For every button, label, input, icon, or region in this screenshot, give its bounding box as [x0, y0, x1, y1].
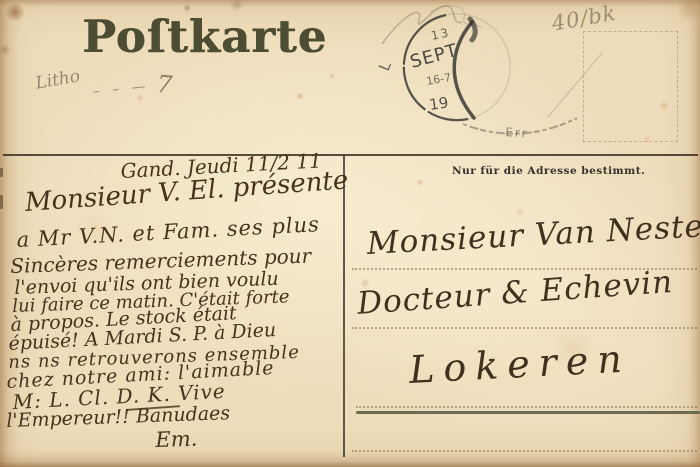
postmark-time: 16-7	[425, 71, 452, 88]
address-green-rule	[356, 411, 700, 414]
scan-edge-mark	[0, 195, 3, 209]
address-dotted-line	[356, 406, 697, 408]
pencil-number-seven: 7	[156, 70, 174, 99]
horizontal-divider-rule	[3, 154, 698, 156]
postmark-second-arc-letters: Err	[505, 125, 529, 141]
postmark-day: 13	[430, 25, 452, 43]
address-recipient: Monsieur Van Neste	[366, 208, 700, 262]
postcard-title: Poſtkarte	[82, 10, 327, 63]
vertical-divider-rule	[343, 155, 345, 457]
address-dotted-line	[352, 450, 697, 452]
pencil-litho-note: Litho	[34, 66, 82, 93]
postmark-town-letter: L	[375, 58, 395, 73]
postmark-month: SEPT	[408, 40, 460, 73]
scan-edge-mark	[0, 168, 3, 177]
stamp-placement-box	[583, 31, 678, 142]
postcard-scan: Poſtkarte Litho – – — 7 40/bk L 13 SEPT …	[0, 0, 700, 467]
address-instruction: Nur für die Adresse bestimmt.	[452, 165, 645, 177]
address-town: Lokeren	[408, 336, 632, 392]
address-title: Docteur & Echevin	[356, 264, 674, 322]
postmark-year: 19	[428, 93, 449, 113]
address-dotted-line	[352, 327, 697, 329]
pencil-litho-dashes: – – —	[92, 78, 150, 100]
message-signature: Em.	[155, 427, 198, 452]
